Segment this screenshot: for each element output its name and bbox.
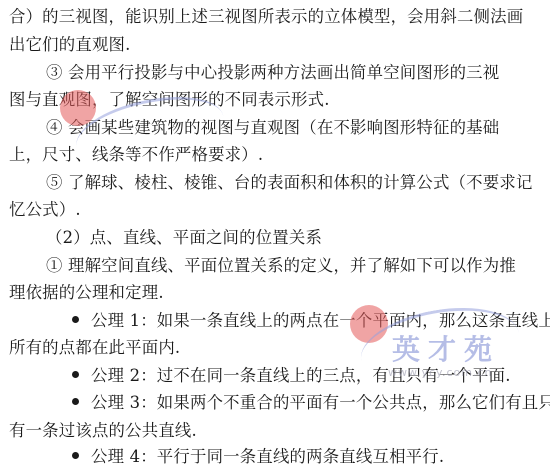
text-line: ④ 会画某些建筑物的视图与直观图（在不影响图形特征的基础	[46, 118, 499, 138]
axiom-text: 公理 4：平行于同一条直线的两条直线互相平行.	[91, 447, 444, 466]
axiom-1: 公理 1：如果一条直线上的两点在一个平面内，那么这条直线上	[72, 311, 550, 331]
axiom-3: 公理 3：如果两个不重合的平面有一个公共点，那么它们有且只	[72, 393, 550, 413]
watermark-text: 英才苑	[392, 328, 500, 368]
section-heading: （2）点、直线、平面之间的位置关系	[46, 228, 322, 248]
document-page: 合）的三视图，能识别上述三视图所表示的立体模型，会用斜二侧法画 出它们的直观图.…	[0, 0, 550, 469]
text-line: 忆公式）.	[9, 200, 81, 220]
text-line: 上，尺寸、线条等不作严格要求）.	[9, 145, 263, 165]
text-line: 图与直观图，了解空间图形的不同表示形式.	[9, 90, 330, 110]
axiom-4: 公理 4：平行于同一条直线的两条直线互相平行.	[72, 447, 444, 467]
bullet-icon	[72, 452, 79, 459]
axiom-text: 公理 2：过不在同一条直线上的三点，有且只有一个平面.	[91, 366, 511, 385]
text-line: 理依据的公理和定理.	[9, 283, 164, 303]
axiom-text: 公理 1：如果一条直线上的两点在一个平面内，那么这条直线上	[91, 311, 550, 330]
text-line: 合）的三视图，能识别上述三视图所表示的立体模型，会用斜二侧法画	[9, 7, 523, 27]
text-line: 所有的点都在此平面内.	[9, 338, 180, 358]
text-line: ⑤ 了解球、棱柱、棱锥、台的表面积和体积的计算公式（不要求记	[46, 173, 533, 193]
text-line: ① 理解空间直线、平面位置关系的定义，并了解如下可以作为推	[46, 256, 516, 276]
text-line: 有一条过该点的公共直线.	[9, 421, 197, 441]
bullet-icon	[72, 398, 79, 405]
axiom-2: 公理 2：过不在同一条直线上的三点，有且只有一个平面.	[72, 366, 511, 386]
text-line: ③ 会用平行投影与中心投影两种方法画出简单空间图形的三视	[46, 63, 499, 83]
bullet-icon	[72, 371, 79, 378]
axiom-text: 公理 3：如果两个不重合的平面有一个公共点，那么它们有且只	[91, 393, 550, 412]
text-line: 出它们的直观图.	[9, 35, 131, 55]
bullet-icon	[72, 316, 79, 323]
